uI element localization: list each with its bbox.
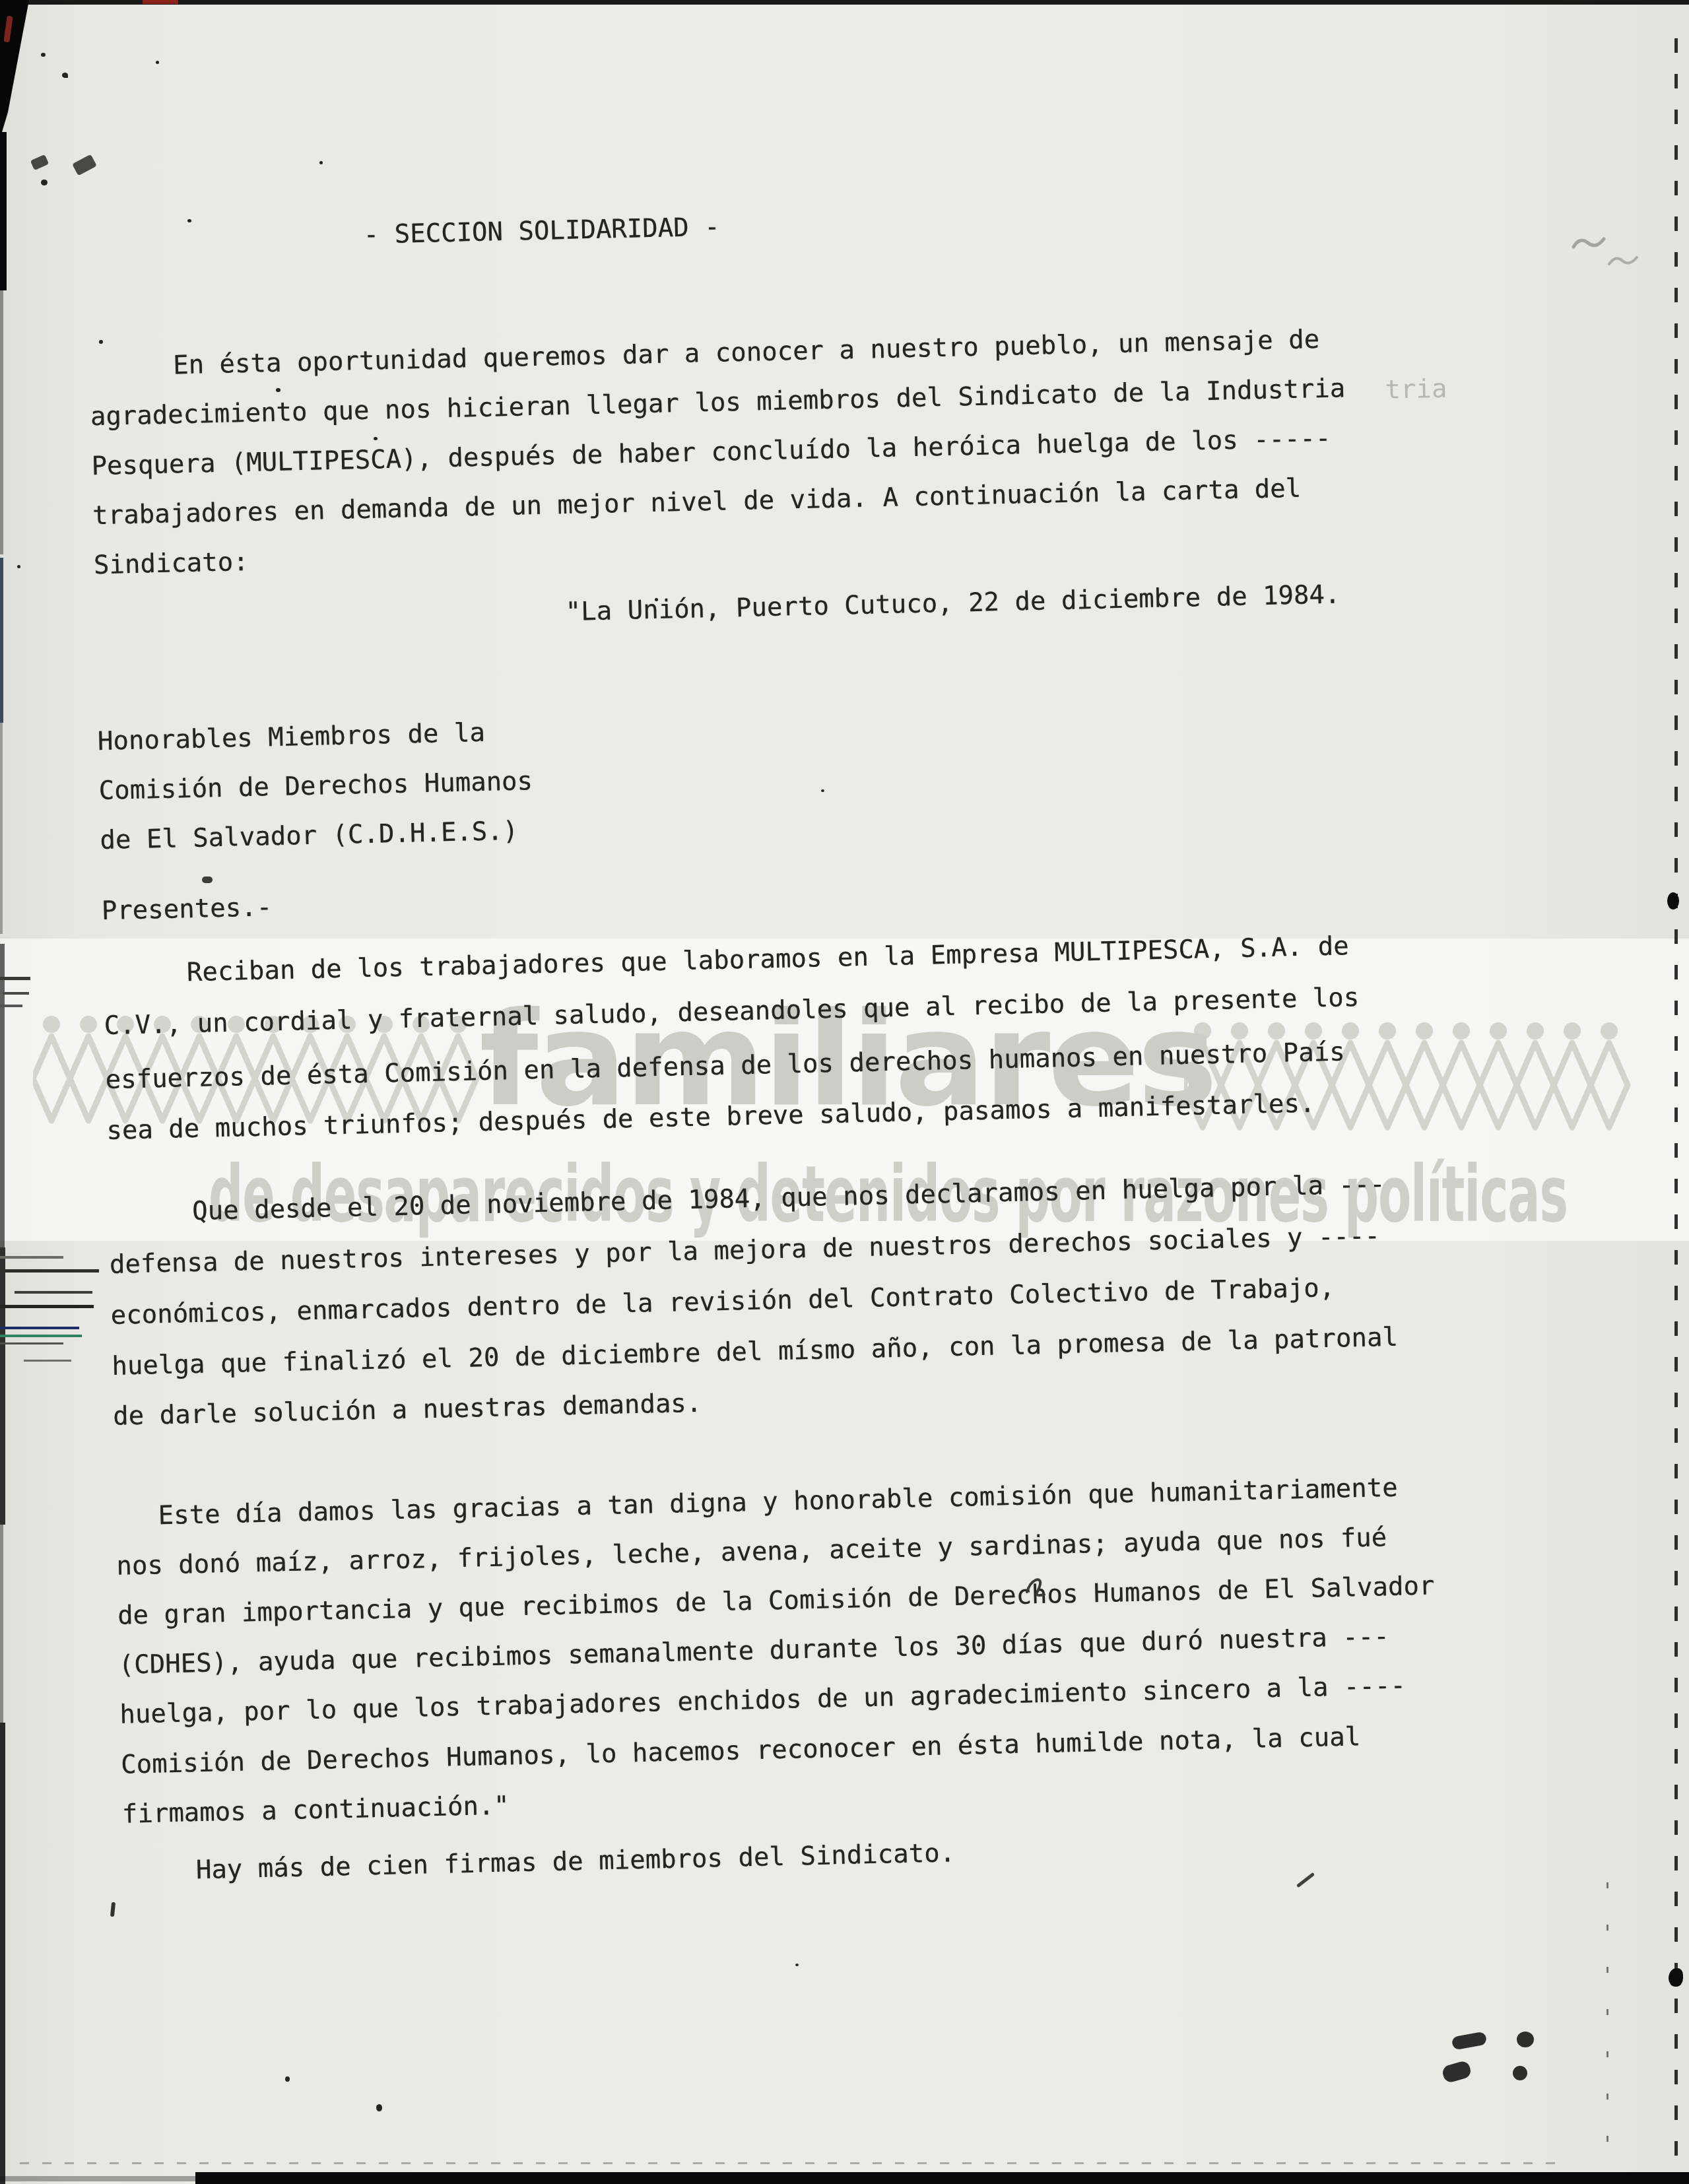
scan-edge-left — [0, 290, 3, 554]
scan-streak — [0, 1342, 63, 1344]
text-line: de gran importancia y que recibimos de l… — [117, 1573, 1435, 1629]
ink-speck — [41, 180, 48, 185]
text-line: de El Salvador (C.D.H.E.S.) — [100, 818, 519, 853]
text-line: En ésta oportunidad queremos dar a conoc… — [173, 327, 1320, 378]
text-line: firmamos a continuación." — [122, 1793, 510, 1827]
text-line: de darle solución a nuestras demandas. — [113, 1391, 702, 1430]
scan-edge-right — [1674, 38, 1678, 2173]
text-line: trabajadores en demanda de un mejor nive… — [92, 476, 1302, 529]
text-line: Pesquera (MULTIPESCA), después de haber … — [91, 426, 1331, 480]
text-line: esfuerzos de ésta Comisión en la defensa… — [105, 1039, 1345, 1093]
ink-speck — [41, 53, 46, 57]
text-line: agradecimiento que nos hicieran llegar l… — [90, 376, 1345, 430]
ink-speck — [99, 340, 103, 344]
scan-edge-right-inner — [1606, 1882, 1608, 2153]
scan-streak-green — [0, 1335, 82, 1337]
scan-streak — [0, 977, 30, 980]
text-line: Reciban de los trabajadores que laboramo… — [187, 933, 1349, 985]
ink-blob — [1667, 892, 1679, 910]
ink-speck — [202, 877, 213, 883]
scan-edge-left — [0, 1247, 5, 1525]
text-line: tria — [1385, 376, 1447, 403]
pencil-squiggle — [1571, 232, 1663, 279]
ink-speck — [276, 388, 281, 392]
text-line: Hay más de cien firmas de miembros del S… — [195, 1840, 955, 1883]
ink-speck — [319, 161, 323, 164]
text-line: Sindicato: — [94, 549, 249, 578]
ink-speck — [156, 61, 159, 64]
scan-streak — [0, 1269, 99, 1273]
text-line: económicos, enmarcados dentro de la revi… — [110, 1275, 1335, 1329]
ink-speck — [655, 598, 658, 601]
ink-speck — [821, 789, 824, 792]
scan-edge-left — [0, 558, 3, 723]
scan-edge-left — [0, 1723, 5, 2184]
ink-speck — [285, 2076, 290, 2082]
scan-streak — [0, 1256, 63, 1259]
scan-red-mark — [143, 0, 178, 4]
typewritten-text: - SECCION SOLIDARIDAD - En ésta oportuni… — [0, 0, 1689, 2184]
text-line: "La Unión, Puerto Cutuco, 22 de diciembr… — [565, 581, 1341, 625]
scan-streak — [0, 1305, 94, 1308]
text-line: C.V., un cordial y fraternal saludo, des… — [104, 985, 1359, 1039]
scan-streak — [3, 992, 29, 995]
scan-streak — [0, 1005, 22, 1007]
scan-edge-bottom — [195, 2172, 1689, 2184]
text-line: Comisión de Derechos Humanos — [98, 768, 533, 804]
scan-edge-left — [0, 723, 3, 934]
text-line: huelga, por lo que los trabajadores ench… — [119, 1673, 1406, 1728]
scan-streak — [24, 1360, 71, 1362]
scan-crease-line — [20, 2162, 1558, 2164]
text-line: huelga que finalizó el 20 de diciembre d… — [112, 1325, 1398, 1379]
ink-speck — [17, 565, 20, 568]
ink-blob — [1517, 2032, 1534, 2047]
ink-speck — [187, 219, 191, 222]
scan-streak-blue — [0, 1327, 79, 1329]
scan-streak — [15, 1291, 92, 1294]
scan-edge-left — [0, 944, 5, 1247]
text-line: nos donó maíz, arroz, frijoles, leche, a… — [116, 1525, 1387, 1579]
ink-blob — [1669, 1968, 1683, 1987]
scan-edge-left — [0, 132, 7, 290]
scan-edge-left — [0, 1525, 3, 1723]
scan-edge-bottom — [0, 2176, 198, 2181]
text-line: Presentes.- — [101, 894, 272, 924]
scanned-document-page: familiares de desaparecidos y detenidos … — [0, 0, 1689, 2184]
ink-blob — [1513, 2066, 1527, 2080]
section-title: - SECCION SOLIDARIDAD - — [363, 215, 720, 248]
ink-speck — [795, 1964, 799, 1966]
ink-speck — [62, 73, 68, 78]
text-line: (CDHES), ayuda que recibimos semanalment… — [118, 1624, 1389, 1678]
text-line: Comisión de Derechos Humanos, lo hacemos… — [121, 1724, 1361, 1778]
ink-speck — [376, 2104, 382, 2111]
text-line: sea de muchos triunfos; después de este … — [106, 1090, 1315, 1144]
ink-speck — [374, 437, 378, 440]
text-line: Que desde el 20 de noviembre de 1984, qu… — [192, 1172, 1385, 1224]
scan-edge-top — [0, 0, 1689, 5]
ink-squiggle — [1024, 1575, 1057, 1601]
text-line: Honorables Miembros de la — [98, 720, 486, 754]
text-line: Este día damos las gracias a tan digna y… — [158, 1475, 1398, 1529]
text-line: defensa de nuestros intereses y por la m… — [110, 1223, 1381, 1278]
